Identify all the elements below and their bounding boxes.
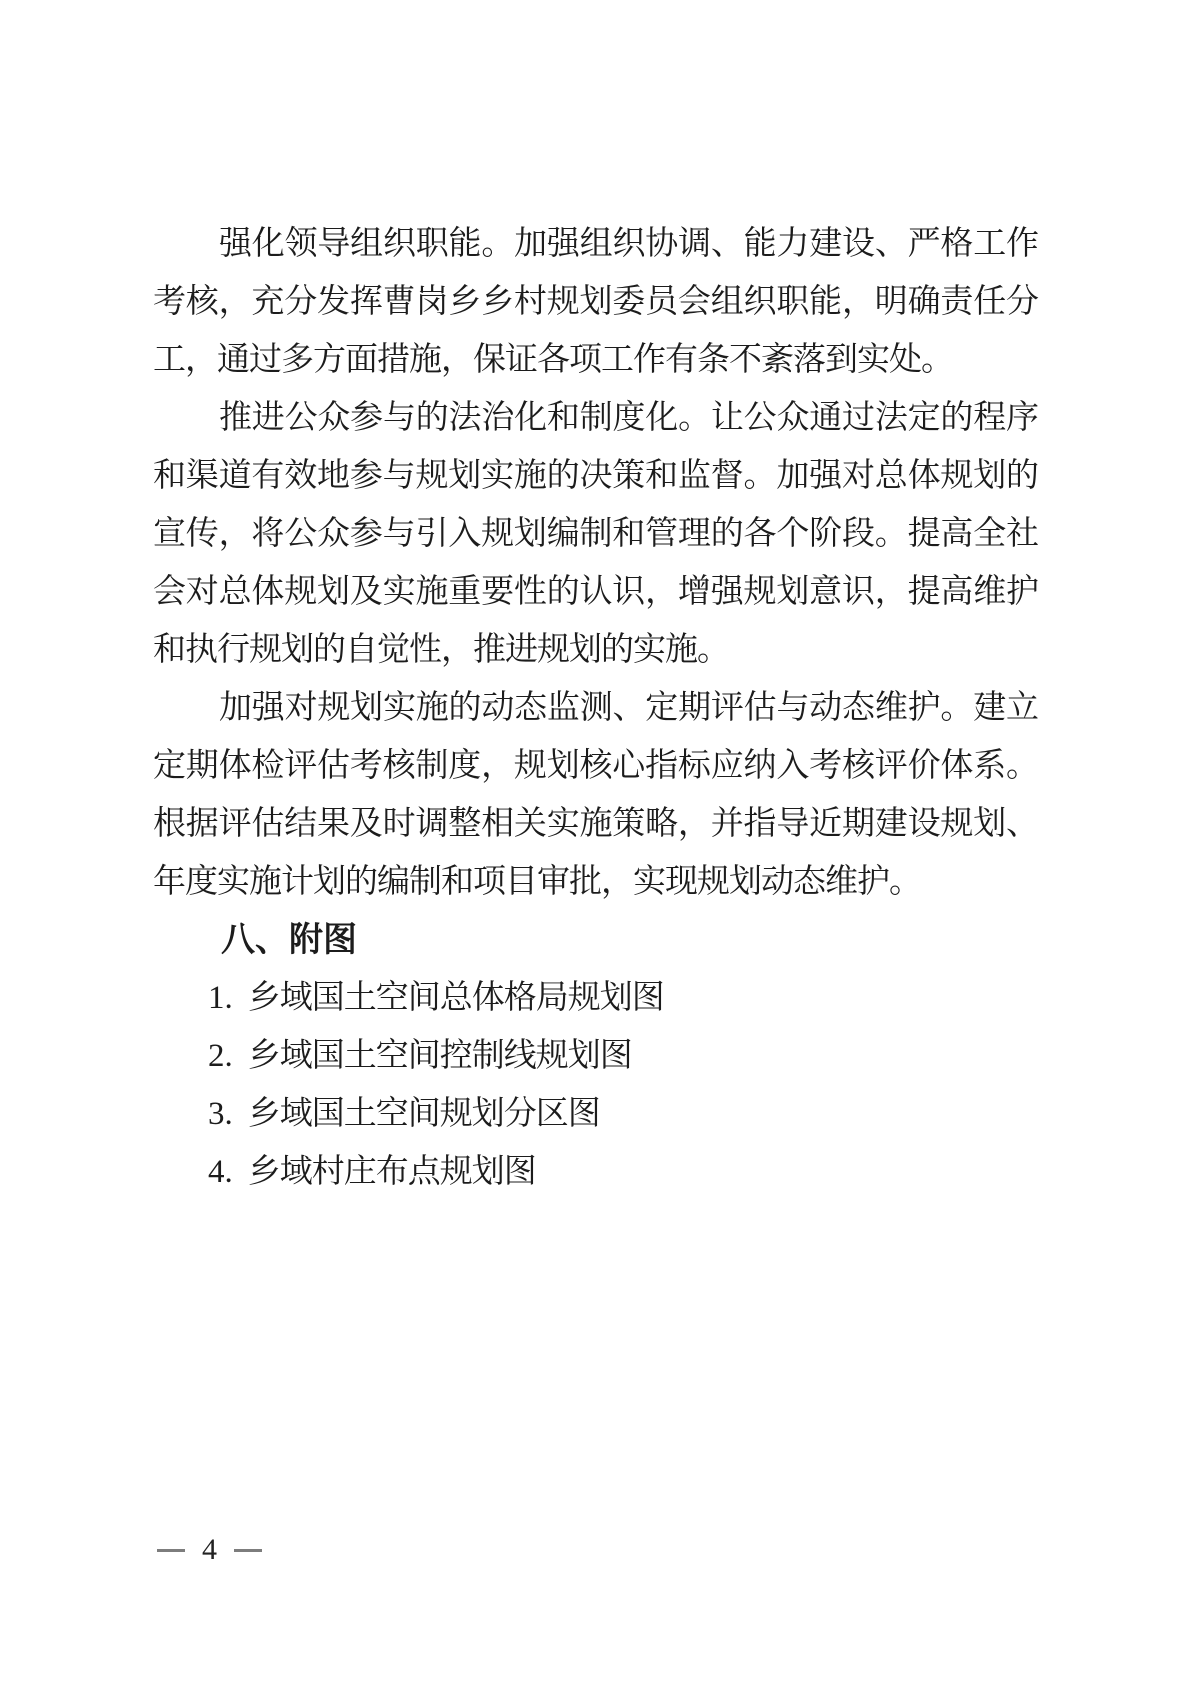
figure-number: 4. (208, 1154, 233, 1190)
document-body: 强化领导组织职能。加强组织协调、能力建设、严格工作考核，充分发挥曹岗乡乡村规划委… (153, 215, 1038, 1201)
paragraph-leadership-organization: 强化领导组织职能。加强组织协调、能力建设、严格工作考核，充分发挥曹岗乡乡村规划委… (153, 215, 1038, 389)
list-item-figure-1: 1.乡域国土空间总体格局规划图 (153, 969, 1038, 1027)
paragraph-public-participation: 推进公众参与的法治化和制度化。让公众通过法定的程序和渠道有效地参与规划实施的决策… (153, 389, 1038, 679)
paragraph-dynamic-monitoring: 加强对规划实施的动态监测、定期评估与动态维护。建立定期体检评估考核制度，规划核心… (153, 679, 1038, 911)
figure-label: 乡域国土空间规划分区图 (248, 1096, 600, 1132)
figure-number: 3. (208, 1096, 233, 1132)
figure-number: 1. (208, 980, 233, 1016)
list-item-figure-4: 4.乡域村庄布点规划图 (153, 1143, 1038, 1201)
page-number: 4 (202, 1535, 217, 1565)
footer-dash-left (157, 1549, 185, 1552)
footer-dash-right (234, 1549, 262, 1552)
figure-label: 乡域国土空间总体格局规划图 (248, 980, 664, 1016)
figure-label: 乡域国土空间控制线规划图 (248, 1038, 632, 1074)
figure-number: 2. (208, 1038, 233, 1074)
list-item-figure-2: 2.乡域国土空间控制线规划图 (153, 1027, 1038, 1085)
page-footer: 4 (157, 1536, 262, 1564)
list-item-figure-3: 3.乡域国土空间规划分区图 (153, 1085, 1038, 1143)
figure-label: 乡域村庄布点规划图 (248, 1154, 536, 1190)
section-heading-attached-figures: 八、附图 (153, 911, 1038, 969)
document-page: 强化领导组织职能。加强组织协调、能力建设、严格工作考核，充分发挥曹岗乡乡村规划委… (0, 0, 1190, 1683)
figure-list: 1.乡域国土空间总体格局规划图 2.乡域国土空间控制线规划图 3.乡域国土空间规… (153, 969, 1038, 1201)
